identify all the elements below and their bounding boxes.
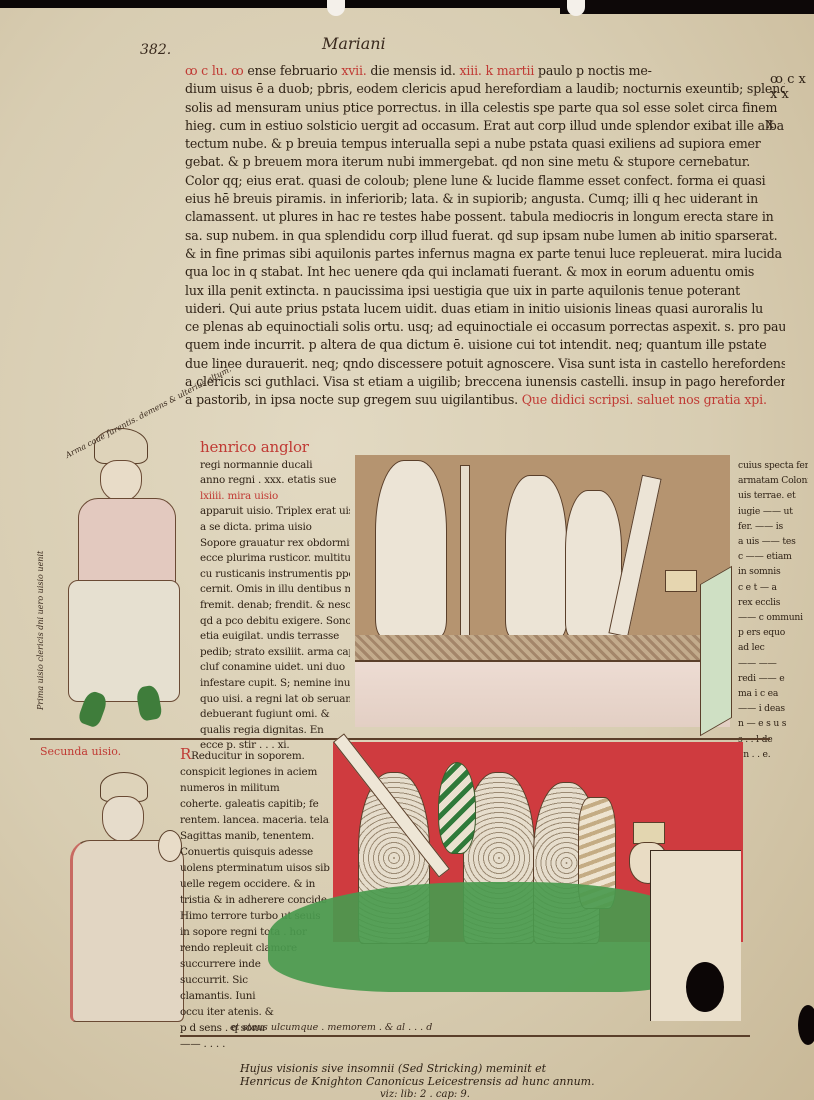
- text-line: solis ad mensuram unius ptice porrectus.…: [185, 99, 785, 117]
- rubric-initial: R: [180, 746, 191, 763]
- heading-henrico: henrico anglor: [200, 440, 350, 458]
- text-line: apparuit uisio. Triplex erat uisio: [200, 504, 350, 520]
- bed-headboard-green: [700, 566, 732, 736]
- text-line: anno regni . xxx. etatis sue: [200, 473, 350, 489]
- orb-icon: [158, 830, 182, 862]
- right-margin-text-column: cuius specta fert armatam Coloniē uis te…: [738, 458, 808, 762]
- king-head: [100, 460, 142, 502]
- text-line: c —— etiam: [738, 549, 808, 564]
- text-line: ce plenas ab equinoctiali solis ortu. us…: [185, 318, 785, 336]
- text-line: uelle regem occidere. & in: [180, 876, 330, 892]
- text-line: Conuertis quisquis adesse: [180, 844, 330, 860]
- text-line: ecce plurima rusticor. multitudine: [200, 551, 350, 567]
- text-line: hieg. cum in estiuo solsticio uergit ad …: [185, 117, 785, 135]
- text-line: —— . . . .: [180, 1036, 330, 1052]
- text-line: numeros in militum: [180, 780, 330, 796]
- text-line: lxiiii. mira uisio: [200, 489, 350, 505]
- text-line: —— c ommuni: [738, 610, 808, 625]
- text-line: ad lec: [738, 640, 808, 655]
- rubric-heading: henrico anglor: [200, 440, 309, 456]
- seated-king-portrait-1: [38, 420, 198, 720]
- folio-number: 382.: [140, 42, 171, 58]
- text-line: clamassent. ut plures in hac re testes h…: [185, 208, 785, 226]
- text-line: coherte. galeatis capitib; fe: [180, 796, 330, 812]
- text-line: lux illa penit extincta. n paucissima ip…: [185, 282, 785, 300]
- seated-king-portrait-2: [30, 760, 190, 1030]
- text-line: occu iter atenis. &: [180, 1004, 330, 1020]
- text-line: fer. —— is: [738, 519, 808, 534]
- text-line: qualis regia dignitas. En: [200, 723, 350, 739]
- first-vision-illustration: [355, 455, 730, 725]
- text-line: clamantis. Iuni: [180, 988, 330, 1004]
- second-vision-label: Secunda uisio.: [40, 745, 121, 758]
- text-line: & in fine primas sibi aquilonis partes i…: [185, 245, 785, 263]
- text-line: qua loc in q stabat. Int hec uenere qda …: [185, 263, 785, 281]
- text-line: c e t — a: [738, 580, 808, 595]
- text-line: uideri. Qui aute prius pstata lucem uidi…: [185, 300, 785, 318]
- text-line: uis terrae. et: [738, 488, 808, 503]
- text-line: in somnis: [738, 564, 808, 579]
- text-line: a pastorib, in ipsa nocte sup gregem suu…: [185, 391, 785, 409]
- text-line: Sopore grauatur rex obdormit.: [200, 536, 350, 552]
- sleeping-king-bed: [355, 660, 730, 727]
- rubric-colophon: Que didici scripsi. saluet nos gratia xp…: [518, 392, 767, 407]
- text-line: Color qq; eius erat. quasi de coloub; pl…: [185, 172, 785, 190]
- text-line: gebat. & p breuem mora iterum nubi immer…: [185, 153, 785, 171]
- text-line: Sagittas manib, tenentem.: [180, 828, 330, 844]
- text-line: cluf conamine uidet. uni duo: [200, 660, 350, 676]
- bottom-ruling-line: [180, 1035, 750, 1037]
- annotation-line: viz: lib: 2 . cap: 9.: [240, 1088, 700, 1100]
- green-bedsheet: [268, 882, 698, 992]
- bottom-panel-text: et staus ulcumque . memorem . & al . . .…: [230, 1022, 432, 1033]
- annotation-line: Hujus visionis sive insomnii (Sed Strick…: [240, 1062, 700, 1075]
- text-line: due linee durauerit. neq; qndo discesser…: [185, 355, 785, 373]
- rubric-date: ꝏ c lu. ꝏ: [185, 63, 244, 78]
- text-line: sa. sup nubem. in qua splendidu corp ill…: [185, 227, 785, 245]
- rubric-date-2: xiii. k martii: [460, 63, 535, 78]
- main-text-block: ꝏ c lu. ꝏ ense februario xvii. die mensi…: [185, 62, 785, 410]
- king-tunic: [68, 580, 180, 702]
- text-line: debuerant fugiunt omi. &: [200, 707, 350, 723]
- text-line: ma i c ea: [738, 686, 808, 701]
- text-run: ense februario: [244, 63, 342, 78]
- king-robe: [70, 840, 184, 1022]
- text-line: quem inde incurrit. p altera de qua dict…: [185, 336, 785, 354]
- text-line: n — e s u s: [738, 716, 808, 731]
- bearded-peasant-figure: [375, 460, 447, 637]
- text-line: a clericis sci guthlaci. Visa st etiam a…: [185, 373, 785, 391]
- parchment-hole-edge: [798, 1005, 814, 1045]
- text-line: a se dicta. prima uisio: [200, 520, 350, 536]
- text-line: eius hē breuis piramis. in inferiorib; l…: [185, 190, 785, 208]
- text-line: ꝏ c lu. ꝏ ense februario xvii. die mensi…: [185, 62, 785, 80]
- running-head: Mariani: [322, 34, 386, 53]
- text-line: rentem. lancea. maceria. tela.: [180, 812, 330, 828]
- text-line: cuius specta fert: [738, 458, 808, 473]
- crown-icon: [633, 822, 665, 844]
- text-line: fremit. denab; frendit. & nescio: [200, 598, 350, 614]
- text-run: Reducitur in soporem.: [191, 750, 304, 762]
- text-line: rex ecclis: [738, 595, 808, 610]
- text-line: —— i deas: [738, 701, 808, 716]
- text-line: etia euigilat. undis terrasse: [200, 629, 350, 645]
- text-run: paulo p noctis me-: [534, 63, 652, 78]
- text-line: quo uisi. a regni lat ob seruanē: [200, 692, 350, 708]
- page-top-shadow: [560, 0, 814, 14]
- pitchfork-icon: [460, 465, 470, 637]
- later-annotation: Hujus visionis sive insomnii (Sed Strick…: [240, 1062, 700, 1100]
- text-line: en . . e.: [738, 747, 808, 762]
- shield-icon: [438, 762, 476, 854]
- first-vision-text-column: henrico anglor regi normannie ducali ann…: [200, 440, 350, 754]
- king-head: [102, 796, 144, 842]
- text-line: cernit. Omis in illu dentibus modis: [200, 582, 350, 598]
- text-line: redi —— e: [738, 671, 808, 686]
- text-line: —— ——: [738, 656, 808, 671]
- second-vision-text-column: RReducitur in soporem. conspicit legione…: [180, 746, 330, 1052]
- text-line: qd a pco debitu exigere. Sono: [200, 614, 350, 630]
- text-line: a uis —— tes: [738, 534, 808, 549]
- text-run: die mensis id.: [367, 63, 460, 78]
- register-divider: [30, 738, 770, 740]
- text-line: cu rusticanis instrumentis ppe stare: [200, 567, 350, 583]
- text-line: dium uisus ē a duob; pbris, eodem cleric…: [185, 80, 785, 98]
- text-line: iugie —— ut: [738, 504, 808, 519]
- text-run: a pastorib, in ipsa nocte sup gregem suu…: [185, 392, 518, 407]
- text-line: regi normannie ducali: [200, 458, 350, 474]
- text-line: infestare cupit. S; nemine inuenit: [200, 676, 350, 692]
- annotation-line: Henricus de Knighton Canonicus Leicestre…: [240, 1075, 700, 1088]
- text-line: armatam Coloniē: [738, 473, 808, 488]
- rubric-numeral: xvii.: [341, 63, 366, 78]
- text-line: RReducitur in soporem.: [180, 746, 330, 764]
- text-line: conspicit legiones in aciem: [180, 764, 330, 780]
- peasant-figure: [505, 475, 567, 637]
- crown-icon: [665, 570, 697, 592]
- vertical-caption: Prima uisio clericis dni uero uisio ueni…: [36, 551, 45, 710]
- text-line: p ers equo: [738, 625, 808, 640]
- parchment-hole: [686, 962, 724, 1012]
- text-line: pedib; strato exsiliit. arma cape: [200, 645, 350, 661]
- text-line: uolens pterminatum uisos sibi: [180, 860, 330, 876]
- text-line: tectum nube. & p breuia tempus interuall…: [185, 135, 785, 153]
